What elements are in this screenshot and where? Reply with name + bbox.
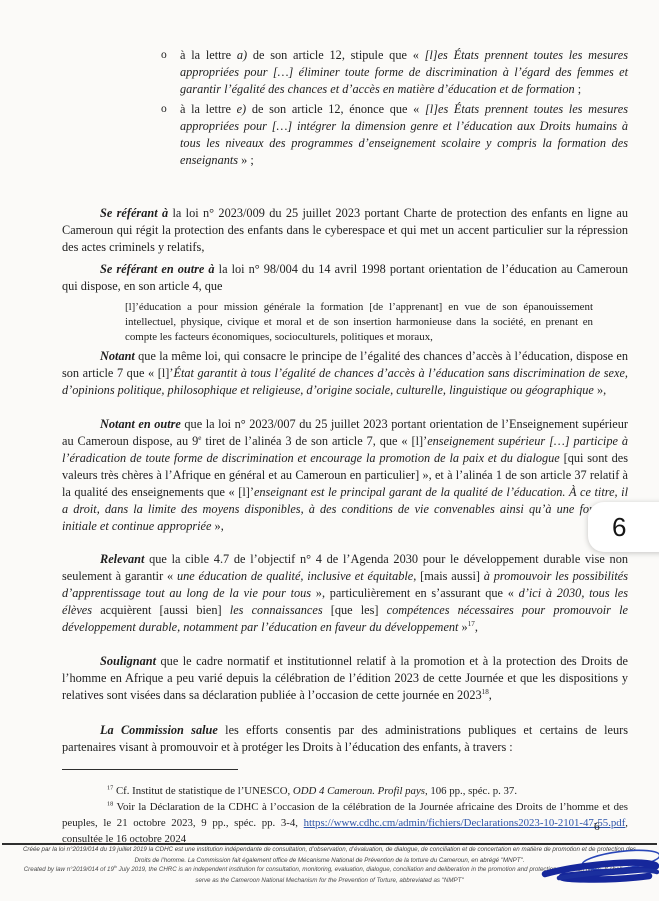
footnote-18: 18 Voir la Déclaration de la CDHC à l’oc… xyxy=(62,799,628,848)
bullet-marker: o xyxy=(161,47,167,64)
paragraph-relevant: Relevant que la cible 4.7 de l’objectif … xyxy=(62,551,628,636)
bullet-text: à la lettre a) de son article 12, stipul… xyxy=(180,48,628,96)
blockquote-article-4: [l]’éducation a pour mission générale la… xyxy=(125,300,593,346)
footnote-separator xyxy=(62,769,238,770)
bullet-item-article12a: o à la lettre a) de son article 12, stip… xyxy=(62,47,628,98)
page-indicator: 6 xyxy=(588,502,659,552)
document-content: o à la lettre a) de son article 12, stip… xyxy=(62,0,628,901)
bullet-text: à la lettre e) de son article 12, énonce… xyxy=(180,102,628,167)
hyperlink-cdhc-declaration[interactable]: https://www.cdhc.cm/admin/fichiers/Decla… xyxy=(304,817,626,829)
page-number-footer: 6 xyxy=(594,821,600,833)
paragraph-notant-en-outre: Notant en outre que la loi n° 2023/007 d… xyxy=(62,416,628,535)
footnote-17: 17 Cf. Institut de statistique de l’UNES… xyxy=(62,783,628,799)
bullet-marker: o xyxy=(161,101,167,118)
paragraph-se-referant-en-outre: Se référant en outre à la loi n° 98/004 … xyxy=(62,261,628,295)
paragraph-commission-salue: La Commission salue les efforts consenti… xyxy=(62,722,628,756)
paragraph-se-referant: Se référant à la loi n° 2023/009 du 25 j… xyxy=(62,205,628,256)
bullet-item-article12e: o à la lettre e) de son article 12, énon… xyxy=(62,101,628,169)
paragraph-soulignant: Soulignant que le cadre normatif et inst… xyxy=(62,653,628,704)
pen-scribble-annotation xyxy=(537,843,659,898)
bullet-list: o à la lettre a) de son article 12, stip… xyxy=(62,47,628,172)
document-page: o à la lettre a) de son article 12, stip… xyxy=(0,0,659,901)
page-indicator-number: 6 xyxy=(588,512,626,543)
paragraph-notant: Notant que la même loi, qui consacre le … xyxy=(62,348,628,399)
